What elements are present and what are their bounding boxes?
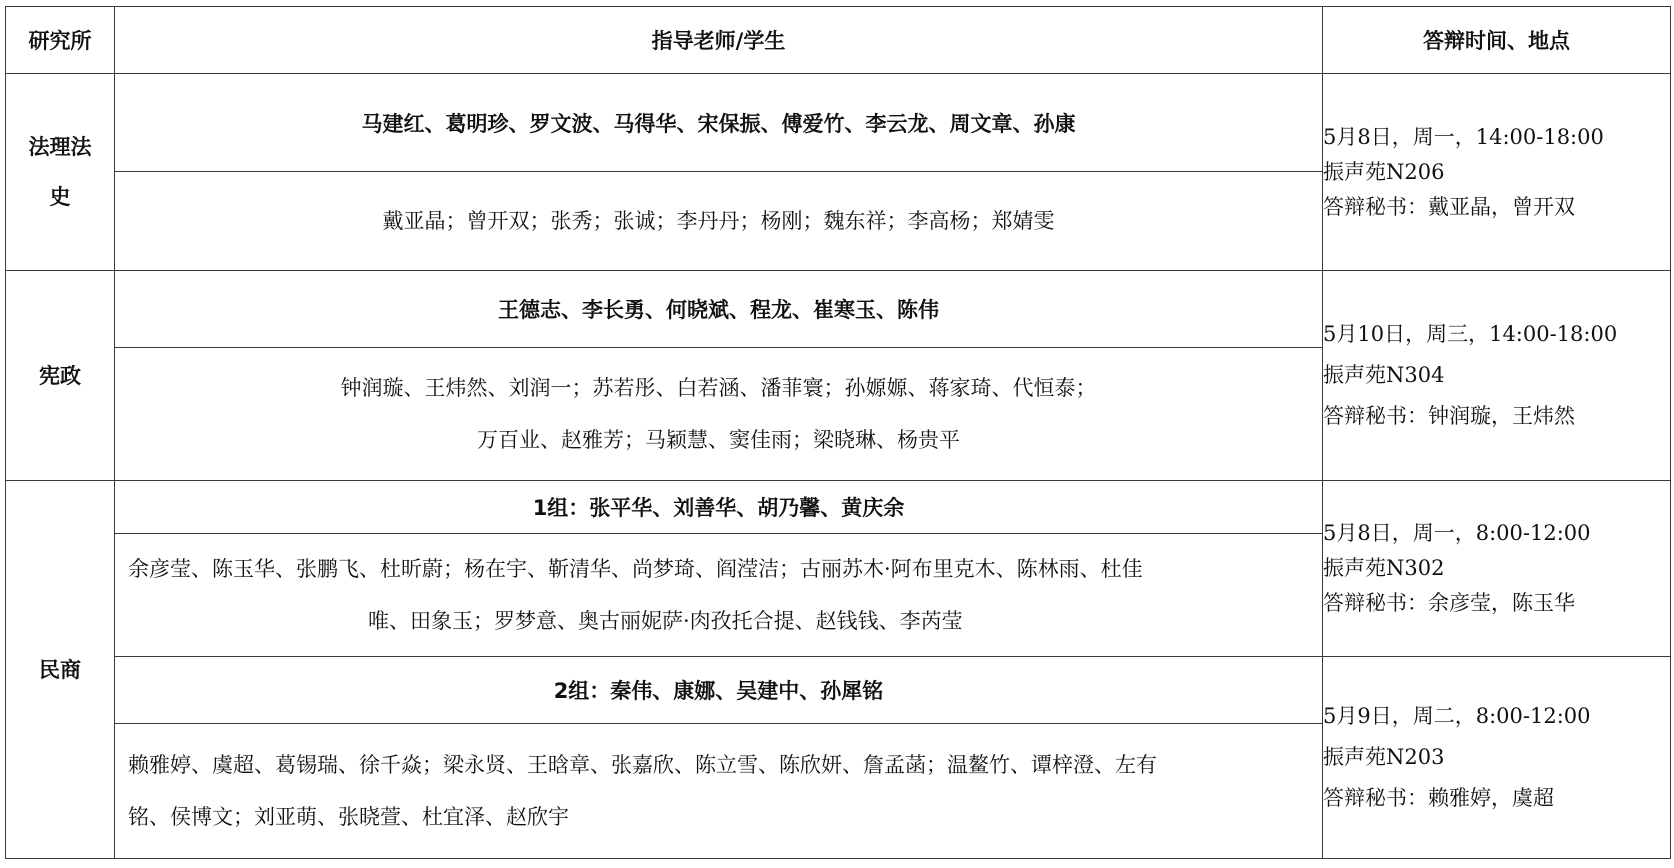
students-line: 钟润璇、王炜然、刘润一；苏若彤、白若涵、潘菲寰；孙嫄嫄、蒋家琦、代恒泰； [115,362,1322,414]
defense-secretary: 答辩秘书：戴亚晶，曾开双 [1323,190,1670,225]
defense-time: 5月10日，周三，14:00-18:00 [1323,314,1670,355]
advisors-cell: 王德志、李长勇、何晓斌、程龙、崔寒玉、陈伟 [115,271,1323,348]
institute-label-line: 史 [6,172,114,222]
students-line: 万百业、赵雅芳；马颖慧、窦佳雨；梁晓琳、杨贵平 [115,414,1322,466]
institute-label: 民商 [39,658,81,682]
students-line: 唯、田象玉；罗梦意、奥古丽妮萨·肉孜托合提、赵钱钱、李芮莹 [128,595,1312,647]
institute-label-line: 法理法 [6,122,114,172]
defense-time: 5月8日，周一，8:00-12:00 [1323,516,1670,551]
time-place-cell: 5月10日，周三，14:00-18:00 振声苑N304 答辩秘书：钟润璇，王炜… [1323,271,1671,481]
students-line: 戴亚晶；曾开双；张秀；张诚；李丹丹；杨刚；魏东祥；李高杨；郑婧雯 [115,195,1322,247]
defense-place: 振声苑N304 [1323,355,1670,396]
table-row: 法理法 史 马建红、葛明珍、罗文波、马得华、宋保振、傅爱竹、李云龙、周文章、孙康… [6,74,1671,172]
defense-secretary: 答辩秘书：赖雅婷，虞超 [1323,778,1670,819]
institute-cell-civil-commercial: 民商 [6,481,115,859]
time-place-cell: 5月8日，周一，14:00-18:00 振声苑N206 答辩秘书：戴亚晶，曾开双 [1323,74,1671,271]
advisors-cell-group-1: 1组：张平华、刘善华、胡乃馨、黄庆余 [115,481,1323,534]
advisors-cell: 马建红、葛明珍、罗文波、马得华、宋保振、傅爱竹、李云龙、周文章、孙康 [115,74,1323,172]
defense-place: 振声苑N203 [1323,737,1670,778]
students-cell-group-1: 余彦莹、陈玉华、张鹏飞、杜昕蔚；杨在宇、靳清华、尚梦琦、阎滢洁；古丽苏木·阿布里… [115,534,1323,657]
time-place-cell-group-2: 5月9日，周二，8:00-12:00 振声苑N203 答辩秘书：赖雅婷，虞超 [1323,657,1671,859]
header-time-place: 答辩时间、地点 [1323,7,1671,74]
defense-secretary: 答辩秘书：余彦莹，陈玉华 [1323,586,1670,621]
students-cell: 戴亚晶；曾开双；张秀；张诚；李丹丹；杨刚；魏东祥；李高杨；郑婧雯 [115,172,1323,271]
header-row: 研究所 指导老师/学生 答辩时间、地点 [6,7,1671,74]
institute-cell-constitutional: 宪政 [6,271,115,481]
students-line: 赖雅婷、虞超、葛锡瑞、徐千焱；梁永贤、王晗章、张嘉欣、陈立雪、陈欣妍、詹孟菡；温… [128,739,1312,791]
defense-secretary: 答辩秘书：钟润璇，王炜然 [1323,396,1670,437]
institute-cell-legal-theory-history: 法理法 史 [6,74,115,271]
table-row: 宪政 王德志、李长勇、何晓斌、程龙、崔寒玉、陈伟 5月10日，周三，14:00-… [6,271,1671,348]
students-cell: 钟润璇、王炜然、刘润一；苏若彤、白若涵、潘菲寰；孙嫄嫄、蒋家琦、代恒泰； 万百业… [115,348,1323,481]
header-advisors-students: 指导老师/学生 [115,7,1323,74]
header-institute: 研究所 [6,7,115,74]
students-line: 铭、侯博文；刘亚萌、张晓萱、杜宜泽、赵欣宇 [128,791,1312,843]
defense-time: 5月9日，周二，8:00-12:00 [1323,696,1670,737]
defense-place: 振声苑N302 [1323,551,1670,586]
students-cell-group-2: 赖雅婷、虞超、葛锡瑞、徐千焱；梁永贤、王晗章、张嘉欣、陈立雪、陈欣妍、詹孟菡；温… [115,724,1323,859]
defense-schedule-table: 研究所 指导老师/学生 答辩时间、地点 法理法 史 马建红、葛明珍、罗文波、马得… [5,6,1671,859]
defense-time: 5月8日，周一，14:00-18:00 [1323,120,1670,155]
defense-place: 振声苑N206 [1323,155,1670,190]
time-place-cell-group-1: 5月8日，周一，8:00-12:00 振声苑N302 答辩秘书：余彦莹，陈玉华 [1323,481,1671,657]
table-row: 2组：秦伟、康娜、吴建中、孙犀铭 5月9日，周二，8:00-12:00 振声苑N… [6,657,1671,724]
table-row: 民商 1组：张平华、刘善华、胡乃馨、黄庆余 5月8日，周一，8:00-12:00… [6,481,1671,534]
advisors-cell-group-2: 2组：秦伟、康娜、吴建中、孙犀铭 [115,657,1323,724]
institute-label: 宪政 [39,364,81,388]
students-line: 余彦莹、陈玉华、张鹏飞、杜昕蔚；杨在宇、靳清华、尚梦琦、阎滢洁；古丽苏木·阿布里… [128,543,1312,595]
